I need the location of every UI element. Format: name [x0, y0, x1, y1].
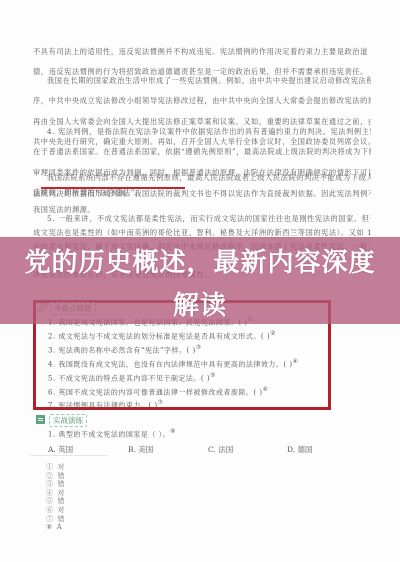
- question-text: 5. 不成文宪法的特点是其内容不见于制定法。( ): [48, 374, 210, 382]
- answer-number: ⑤: [46, 497, 53, 505]
- footnote-mark: ②: [270, 331, 276, 337]
- question-text: 4. 我国既没有成文宪法，也没有在内法律规范中具有更高的法律效力。( ): [48, 360, 293, 368]
- answer-item: ⑦ 错: [46, 515, 64, 524]
- practice-title: 实战演练: [49, 414, 87, 427]
- banner-title-line-1: 党的历史概述，最新内容深度: [0, 242, 400, 285]
- answer-number: ⑥: [46, 506, 53, 514]
- paragraph-4: 我国法院系统内部不存在遵循先例原则，最高人民法院或者上级人民法院的判决不能成为下…: [33, 170, 371, 218]
- quiz-question-4: 4. 我国既没有成文宪法，也没有在内法律规范中具有更高的法律效力。( )④: [48, 359, 298, 369]
- answer-number: ②: [46, 472, 53, 480]
- question-text: 3. 宪法典的名称中必然含有“宪法”字样。( ): [48, 346, 196, 354]
- footnote-mark: ③: [196, 345, 202, 351]
- answer-list: ① 对 ② 错 ③ 错 ④ 对 ⑤ 错 ⑥ 对 ⑦ 错 ⑧ A: [46, 463, 64, 532]
- answer-item: ⑤ 错: [46, 497, 64, 506]
- answer-number: ①: [46, 463, 53, 471]
- answer-item: ③ 错: [46, 480, 64, 489]
- footnote-mark: ⑤: [210, 373, 216, 379]
- answer-item: ⑧ A: [46, 523, 64, 532]
- question-text: 6. 英国不成文宪法的内容可像普通法律一样被修改或者废除。( ): [48, 388, 263, 396]
- text-line: 5. 一般来讲，不成文宪法都是柔性宪法，而实行成文宪法的国家往往也是刚性宪法的国…: [33, 212, 371, 226]
- option-a: A. 英国: [48, 444, 73, 455]
- answer-number: ③: [46, 480, 53, 488]
- answer-value: 对: [57, 506, 64, 514]
- answer-value: 错: [57, 497, 64, 505]
- answer-value: A: [57, 523, 62, 531]
- text-line: 在于普通法系国家。在普通法系国家，依据“遵循先例原则”，最高法院或上级法院的判决…: [33, 142, 371, 162]
- quiz-question-5: 5. 不成文宪法的特点是其内容不见于制定法。( )⑤: [48, 373, 216, 383]
- quiz-question-7: 7. 宪法惯例具有法律约束力。( )⑦: [48, 400, 163, 410]
- answer-number: ⑧: [46, 523, 52, 531]
- footnote-mark: ⑥: [263, 387, 269, 393]
- banner-title-line-2: 解读: [0, 285, 400, 328]
- highlight-underline: [41, 187, 185, 189]
- option-c: C. 法国: [208, 444, 233, 455]
- text-line: 我国法院系统内部不存在遵循先例原则，最高人民法院或者上级人民法院的判决不能成为下…: [33, 170, 371, 186]
- answer-value: 对: [57, 463, 64, 471]
- answer-item: ② 错: [46, 472, 64, 481]
- answer-value: 对: [57, 489, 64, 497]
- quiz-question-3: 3. 宪法典的名称中必然含有“宪法”字样。( )③: [48, 345, 201, 355]
- text-line: 序，中共中央成立宪法修改小组领导宪法修改过程，由中共中央向全国人大常委会提出修改…: [33, 91, 371, 111]
- answer-item: ⑥ 对: [46, 506, 64, 515]
- question-text: 1. 典型的不成文宪法的国家是（ ）。: [48, 430, 170, 438]
- answer-value: 错: [57, 472, 64, 480]
- document-icon: [35, 414, 47, 425]
- quiz-question-2: 2. 成文宪法与不成文宪法的划分标准是宪法是否具有成文形式。( )②: [48, 331, 276, 341]
- answer-value: 错: [57, 480, 64, 488]
- text-line: 不具有司法上的适用性，违反宪法惯例并不构成违宪。宪法惯例的作用决定着约束力主要是…: [33, 42, 371, 62]
- answer-number: ⑦: [46, 515, 53, 523]
- text-line: 4. 宪法判例，是指法院在宪法争议案件中依据宪法作出的具有普遍约束力的判决。宪法…: [33, 122, 371, 142]
- practice-question: 1. 典型的不成文宪法的国家是（ ）。⑧: [48, 429, 176, 439]
- answer-number: ④: [46, 489, 53, 497]
- footnote-mark: ⑧: [170, 429, 176, 435]
- question-text: 2. 成文宪法与不成文宪法的划分标准是宪法是否具有成文形式。( ): [48, 332, 270, 340]
- option-d: D. 德国: [287, 444, 313, 455]
- footnote-mark: ⑦: [158, 400, 164, 406]
- answer-item: ① 对: [46, 463, 64, 472]
- question-text: 7. 宪法惯例具有法律约束力。( ): [48, 401, 158, 409]
- option-b: B. 美国: [128, 444, 153, 455]
- banner-title: 党的历史概述，最新内容深度 解读: [0, 242, 400, 328]
- footnote-mark: ④: [293, 359, 299, 365]
- quiz-question-6: 6. 英国不成文宪法的内容可像普通法律一样被修改或者废除。( )⑥: [48, 387, 268, 397]
- text-line: 我国在长期的国家政治生活中形成了一些宪法惯例。例如，由中共中央提出建议启动修改宪…: [33, 71, 371, 91]
- answer-value: 错: [57, 515, 64, 523]
- divider: [30, 455, 108, 456]
